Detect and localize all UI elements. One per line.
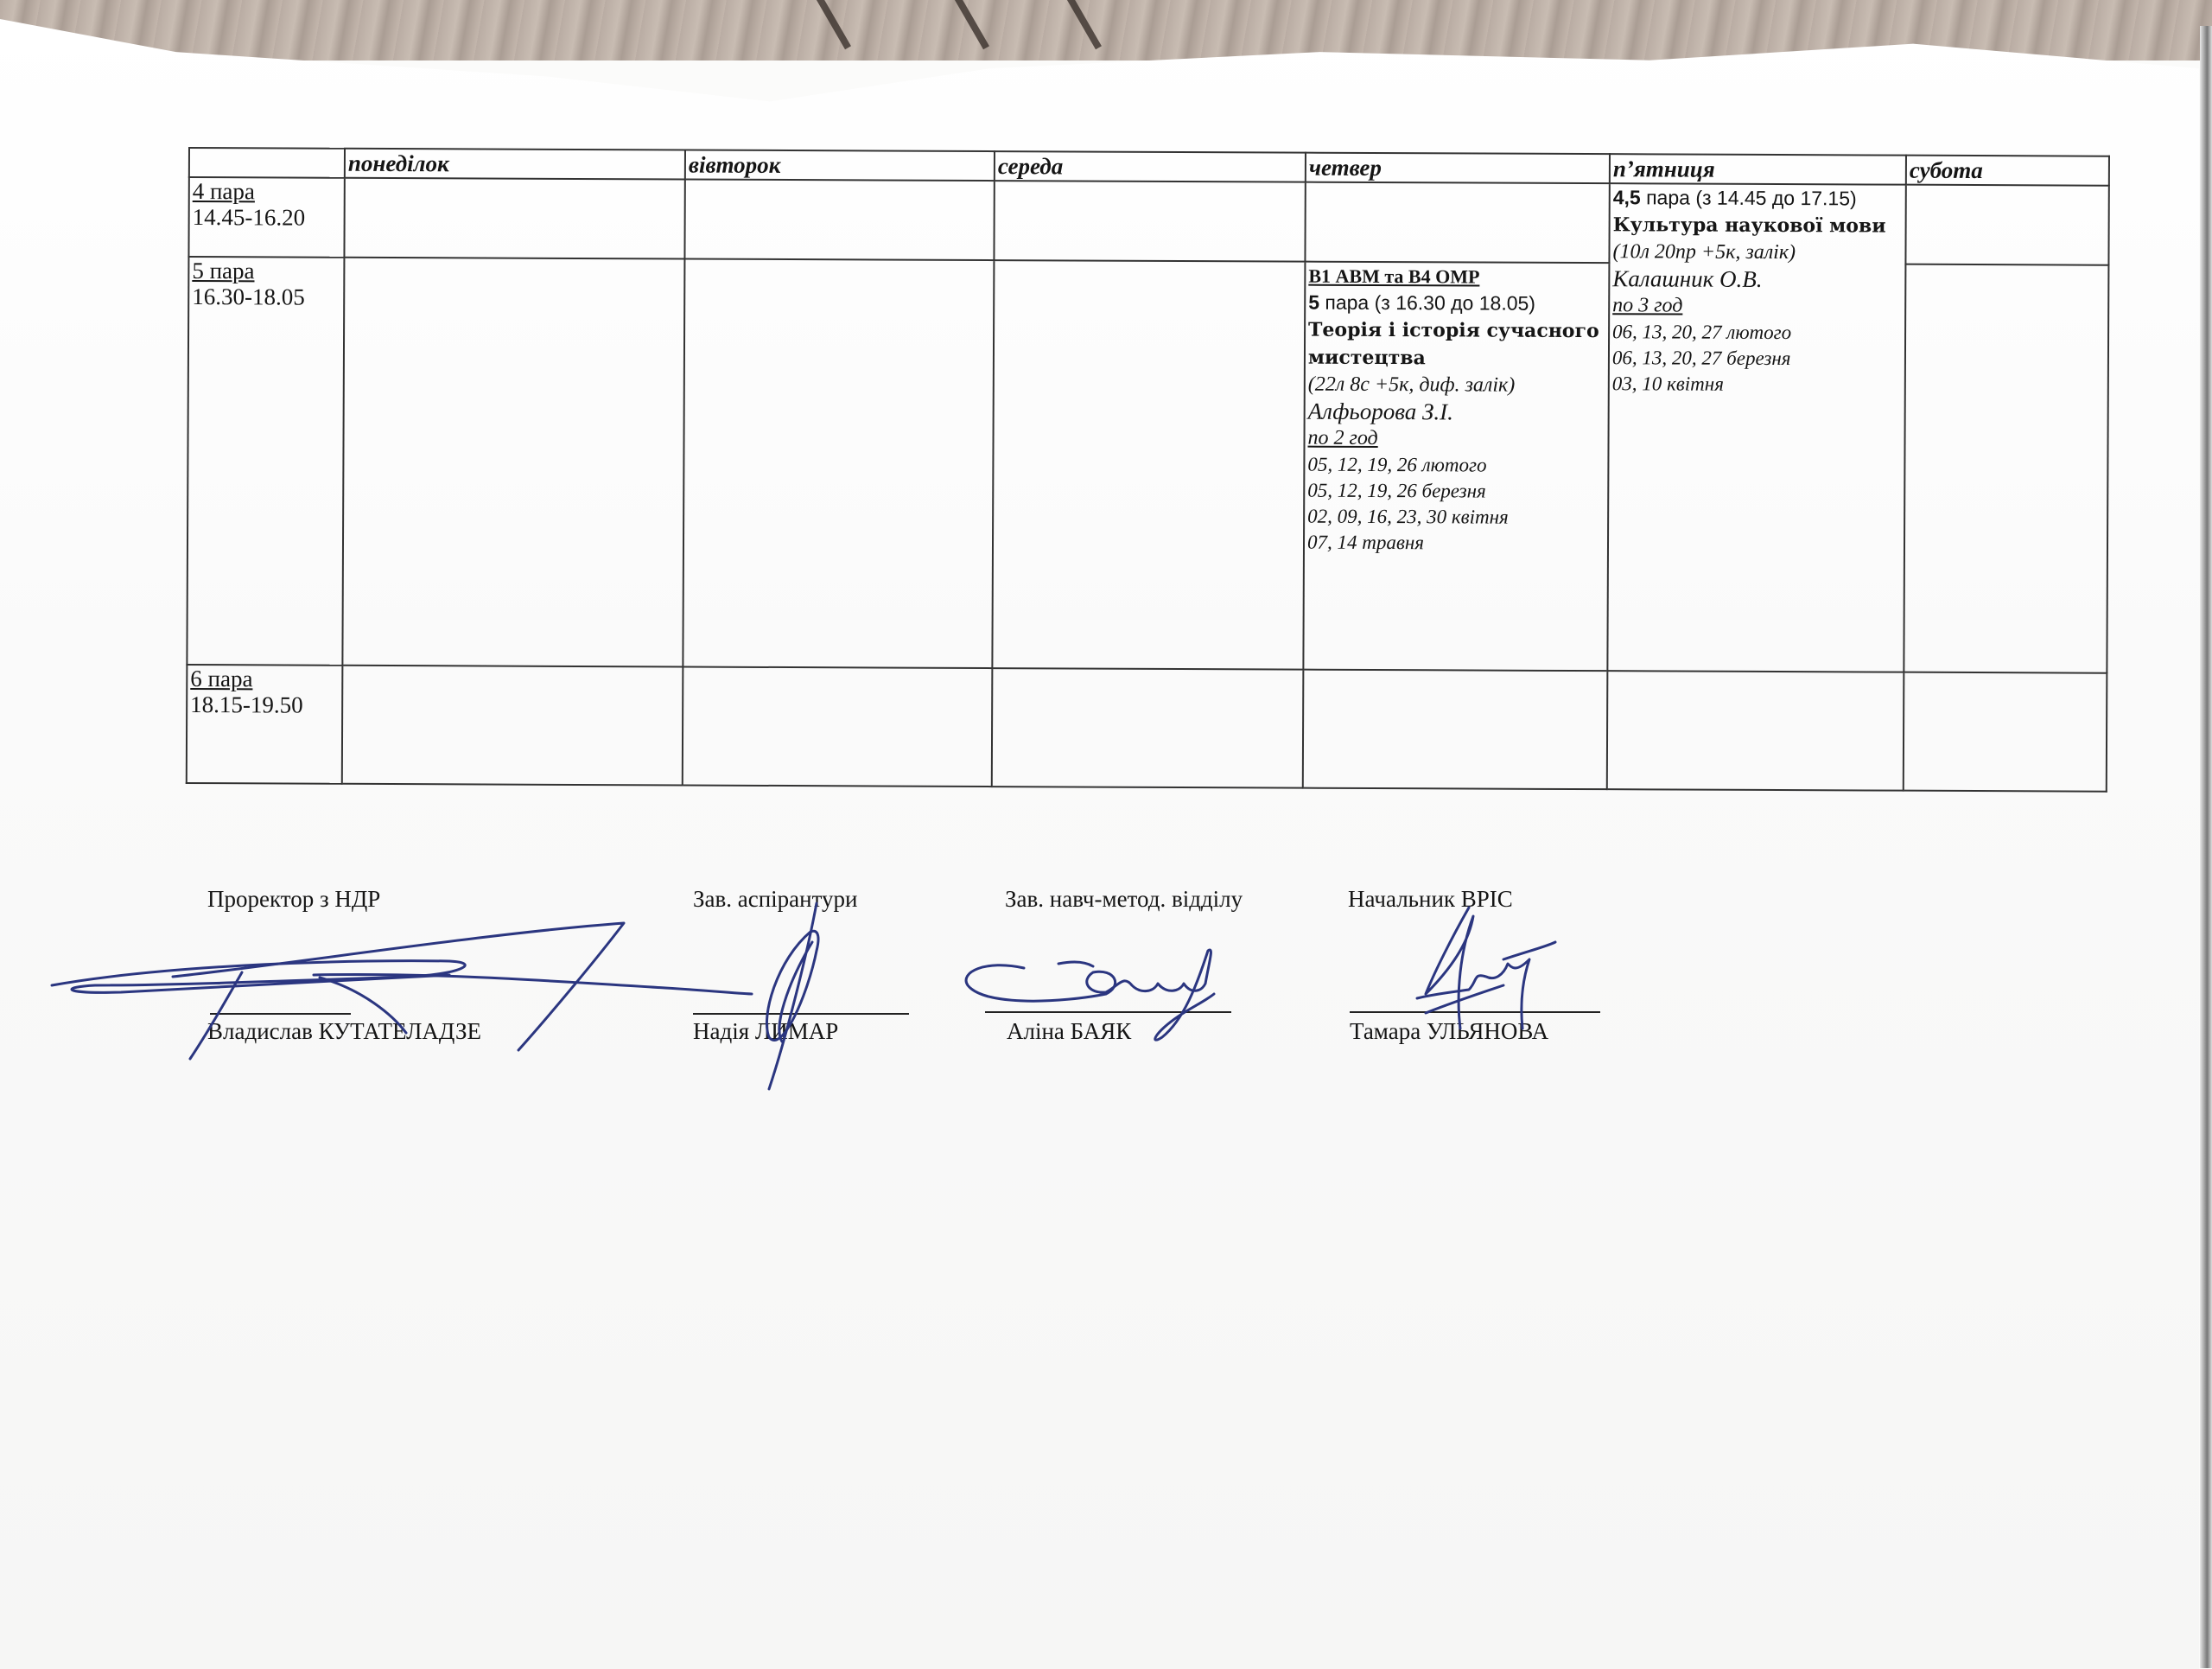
day-header-saturday: субота	[1906, 156, 2109, 186]
signature-name: Надія ЛИМАР	[693, 1018, 838, 1045]
lesson-dates: 05, 12, 19, 26 березня	[1307, 478, 1605, 506]
slot-cell-4: 4 пара 14.45-16.20	[188, 177, 344, 258]
lesson-group: В1 АВМ та В4 ОМР	[1308, 263, 1605, 291]
cell-sat-4	[1905, 185, 2108, 265]
slot-name: 5 пара	[192, 258, 340, 284]
corner-header	[189, 148, 345, 178]
day-header-wednesday: середа	[995, 151, 1306, 182]
cell-tue-4	[684, 180, 994, 261]
slot-cell-5: 5 пара 16.30-18.05	[187, 257, 344, 666]
slot-time: 16.30-18.05	[192, 283, 340, 310]
lesson-subject: Культура наукової мови	[1613, 211, 1903, 239]
signature-title: Начальник ВРІС	[1348, 886, 1513, 913]
lesson-dates: 05, 12, 19, 26 лютого	[1307, 452, 1605, 480]
cell-tue-5	[683, 259, 994, 669]
cell-sat-5	[1904, 264, 2108, 673]
cell-mon-4	[344, 178, 684, 259]
cell-thu-6	[1303, 670, 1608, 790]
day-header-thursday: четвер	[1306, 153, 1610, 184]
day-header-tuesday: вівторок	[685, 150, 995, 182]
lesson-para: 5 пара (з 16.30 до 18.05)	[1308, 290, 1605, 318]
lesson-dates: 03, 10 квітня	[1612, 371, 1902, 398]
lesson-theory-history-contemporary-art: В1 АВМ та В4 ОМР 5 пара (з 16.30 до 18.0…	[1307, 263, 1605, 557]
lesson-culture-of-scientific-language: 4,5 пара (з 14.45 до 17.15) Культура нау…	[1612, 184, 1903, 398]
cell-wed-5	[992, 260, 1305, 670]
signature-line	[210, 1013, 351, 1015]
cell-sat-6	[1904, 672, 2107, 792]
paper-edge	[2200, 26, 2212, 1668]
cell-wed-6	[992, 668, 1304, 788]
signature-name: Аліна БАЯК	[1007, 1018, 1131, 1045]
lesson-dates: 06, 13, 20, 27 березня	[1612, 345, 1902, 372]
cell-mon-6	[342, 666, 683, 786]
signature-title: Проректор з НДР	[207, 886, 380, 913]
lesson-hours: (22л 8с +5к, диф. залік)	[1308, 372, 1605, 400]
cell-thu-4	[1305, 182, 1609, 264]
table-row: 6 пара 18.15-19.50	[187, 665, 2107, 792]
lesson-hours-per-session: по 3 год	[1612, 292, 1902, 320]
cell-tue-6	[683, 667, 993, 787]
slot-name: 6 пара	[190, 666, 339, 692]
table-row: 4 пара 14.45-16.20 4,5 пара (з 14.45 до …	[188, 177, 2108, 265]
cell-thu-5: В1 АВМ та В4 ОМР 5 пара (з 16.30 до 18.0…	[1303, 262, 1609, 672]
signature-line	[693, 1013, 909, 1015]
slot-time: 18.15-19.50	[190, 691, 339, 718]
lesson-subject: Теорія і історія сучасного мистецтва	[1308, 316, 1605, 373]
lesson-teacher: Алфьорова З.І.	[1308, 398, 1605, 427]
lesson-dates: 06, 13, 20, 27 лютого	[1612, 319, 1902, 346]
signature-name: Тамара УЛЬЯНОВА	[1350, 1018, 1548, 1045]
slot-time: 14.45-16.20	[193, 204, 341, 231]
lesson-dates: 02, 09, 16, 23, 30 квітня	[1307, 504, 1605, 532]
cell-fri-4-5: 4,5 пара (з 14.45 до 17.15) Культура нау…	[1607, 183, 1905, 672]
signature-title: Зав. навч-метод. відділу	[1005, 886, 1243, 913]
cell-mon-5	[342, 258, 684, 667]
lesson-hours-per-session: по 2 год	[1307, 425, 1605, 454]
day-header-friday: п’ятниця	[1610, 154, 1906, 184]
day-header-monday: понеділок	[345, 149, 685, 180]
schedule-table: понеділок вівторок середа четвер п’ятниц…	[186, 147, 2110, 793]
lesson-dates: 07, 14 травня	[1307, 530, 1605, 557]
slot-name: 4 пара	[193, 178, 341, 205]
signature-name: Владислав КУТАТЕЛАДЗЕ	[207, 1018, 481, 1045]
cell-fri-6	[1607, 671, 1904, 790]
lesson-teacher: Калашник О.В.	[1612, 265, 1902, 293]
signature-line	[1350, 1011, 1600, 1013]
signature-title: Зав. аспірантури	[693, 886, 858, 913]
cell-wed-4	[994, 181, 1305, 262]
lesson-para: 4,5 пара (з 14.45 до 17.15)	[1613, 184, 1903, 212]
slot-cell-6: 6 пара 18.15-19.50	[187, 665, 343, 784]
signature-line	[985, 1011, 1231, 1013]
lesson-hours: (10л 20пр +5к, залік)	[1612, 239, 1902, 266]
